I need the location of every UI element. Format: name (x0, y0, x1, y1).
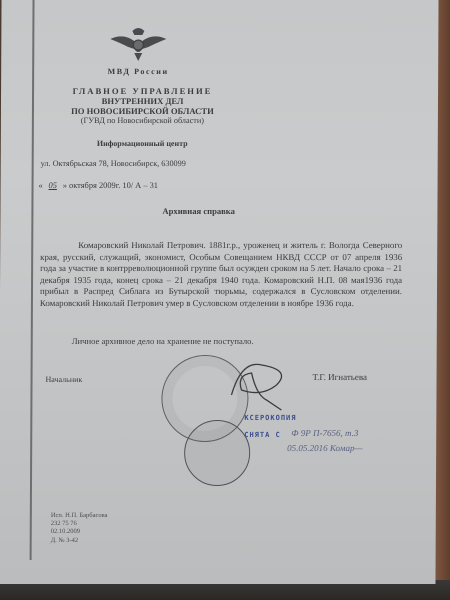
executor-date: 02.10.2009 (51, 528, 108, 536)
date-day-handwritten: 05 (43, 181, 63, 190)
document-date: «05» октября 2009г. 10/ А – 31 (39, 181, 158, 190)
archive-note: Личное архивное дело на хранение не пост… (72, 336, 254, 346)
header-line-3: ПО НОВОСИБИРСКОЙ ОБЛАСТИ (51, 106, 234, 116)
document-title: Архивная справка (162, 206, 235, 216)
executor-phone: 232 75 76 (51, 520, 108, 528)
executor-info: Исп. Н.П. Барбасова 232 75 76 02.10.2009… (51, 512, 108, 545)
address: ул. Октябрьская 78, Новосибирск, 630099 (41, 159, 186, 168)
executor-name: Исп. Н.П. Барбасова (51, 512, 108, 520)
archive-certificate-page: МВД России ГЛАВНОЕ УПРАВЛЕНИЕ ВНУТРЕННИХ… (0, 0, 439, 584)
certificate-body: Комаровский Николай Петрович. 1881г.р., … (40, 240, 402, 309)
handwritten-signature-icon (221, 355, 301, 415)
copy-stamp-handwritten-2: 05.05.2016 Комар— (287, 443, 362, 453)
header-line-2: ВНУТРЕННИХ ДЕЛ (51, 96, 234, 106)
copy-stamp-line-1: КСЕРОКОПИЯ (244, 414, 296, 422)
eagle-emblem-icon (108, 25, 168, 63)
executor-ref: Д. № 3-42 (51, 537, 108, 545)
department-name: Информационный центр (51, 139, 234, 148)
signatory-position: Начальник (46, 375, 83, 384)
signatory-name: Т.Г. Игнатьева (313, 372, 368, 382)
copy-stamp-handwritten-1: Ф 9Р П-7656, т.3 (291, 428, 358, 438)
second-round-seal-icon (184, 420, 250, 486)
header-line-1: ГЛАВНОЕ УПРАВЛЕНИЕ (51, 86, 234, 96)
header-line-4: (ГУВД по Новосибирской области) (51, 116, 234, 126)
binder-margin-line (30, 0, 35, 560)
copy-stamp-line-2: СНЯТА С (244, 431, 281, 439)
agency-short-name: МВД России (101, 67, 175, 76)
date-rest: » октября 2009г. 10/ А – 31 (63, 181, 158, 190)
